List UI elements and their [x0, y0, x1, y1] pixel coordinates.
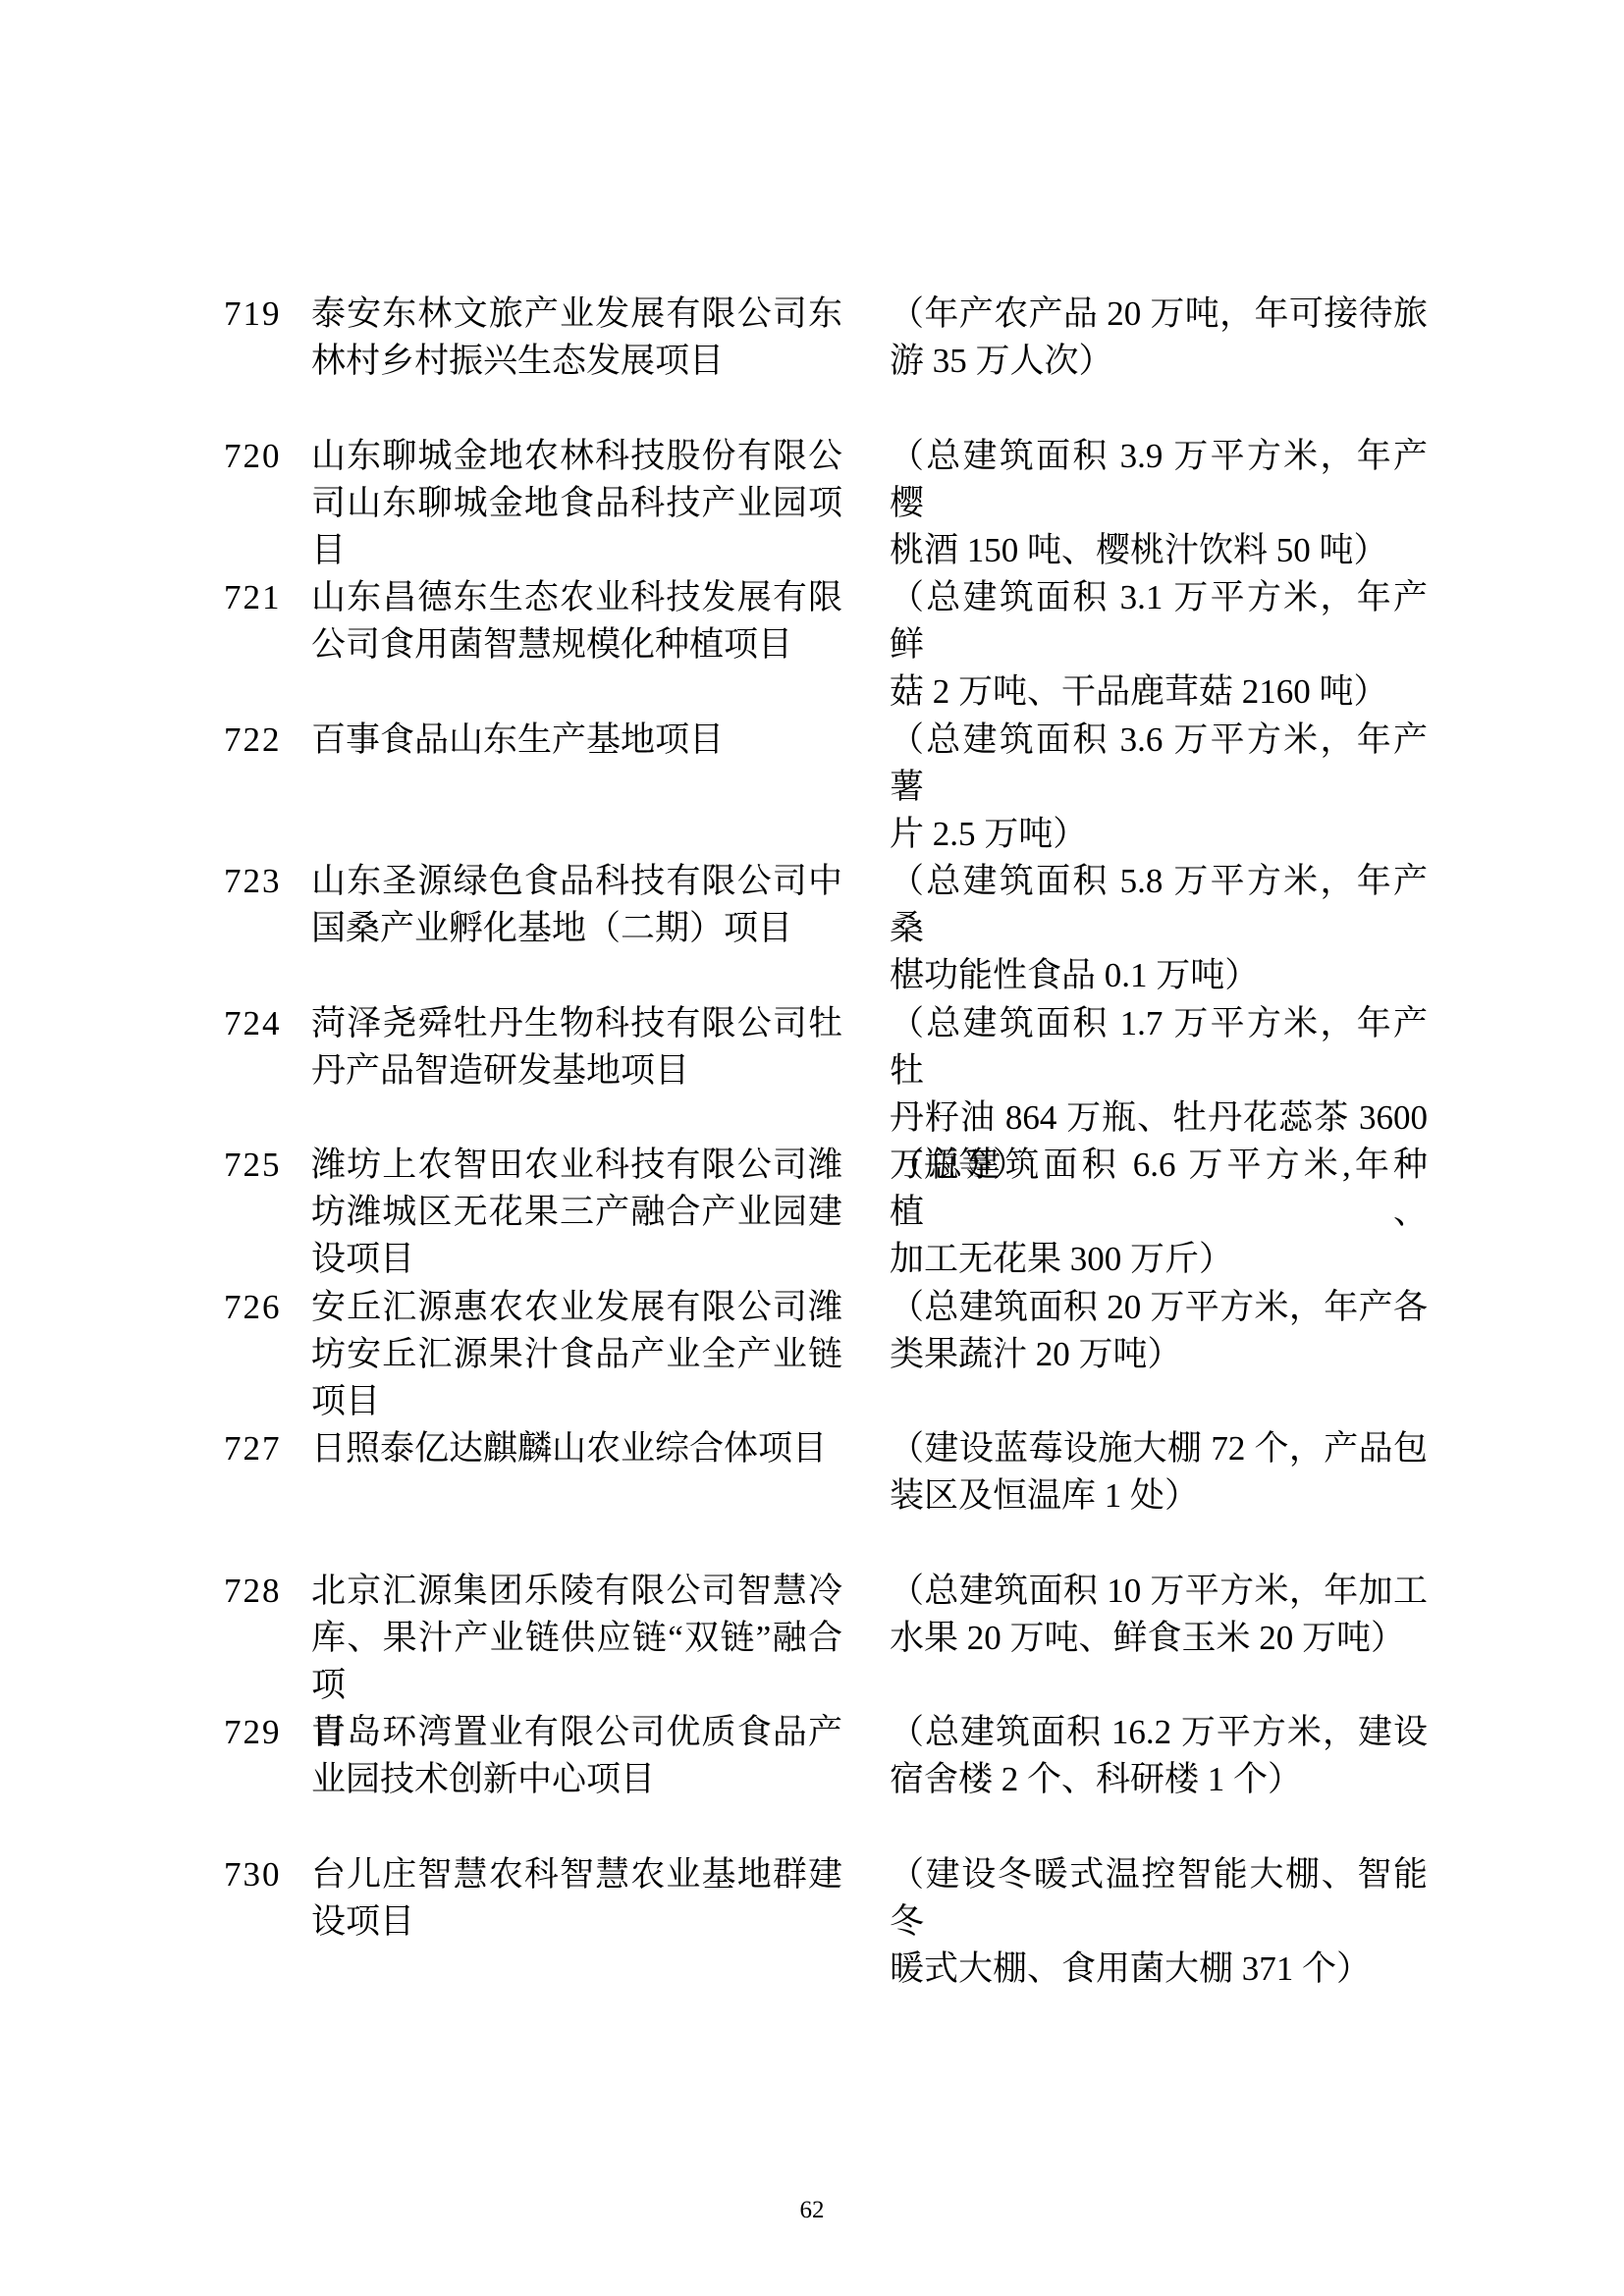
- project-description-line: 类果蔬汁 20 万吨）: [890, 1331, 1428, 1378]
- project-name-line: 山东昌德东生态农业科技发展有限: [311, 574, 842, 621]
- project-description: （总建筑面积 3.6 万平方米，年产薯片 2.5 万吨）: [890, 717, 1428, 859]
- project-description-line: （建设蓝莓设施大棚 72 个，产品包: [890, 1425, 1428, 1472]
- project-description: （总建筑面积 3.9 万平方米，年产樱桃酒 150 吨、樱桃汁饮料 50 吨）: [890, 433, 1428, 575]
- project-name-line: 日照泰亿达麒麟山农业综合体项目: [311, 1425, 842, 1472]
- table-row: 720山东聊城金地农林科技股份有限公司山东聊城金地食品科技产业园项目（总建筑面积…: [0, 433, 1624, 575]
- project-description: （总建筑面积 3.1 万平方米，年产鲜菇 2 万吨、干品鹿茸菇 2160 吨）: [890, 574, 1428, 717]
- project-name-line: 百事食品山东生产基地项目: [311, 717, 842, 764]
- project-name: 台儿庄智慧农科智慧农业基地群建设项目: [311, 1851, 842, 1946]
- project-description: （总建筑面积 16.2 万平方米，建设宿舍楼 2 个、科研楼 1 个）: [890, 1709, 1428, 1803]
- project-description-line: 暖式大棚、食用菌大棚 371 个）: [890, 1946, 1428, 1993]
- project-name-line: 青岛环湾置业有限公司优质食品产: [311, 1709, 842, 1756]
- project-name-line: 北京汇源集团乐陵有限公司智慧冷: [311, 1568, 842, 1615]
- table-row: 722百事食品山东生产基地项目（总建筑面积 3.6 万平方米，年产薯片 2.5 …: [0, 717, 1624, 859]
- project-description-line: （建设冬暖式温控智能大棚、智能冬: [890, 1851, 1428, 1946]
- table-row: 727日照泰亿达麒麟山农业综合体项目（建设蓝莓设施大棚 72 个，产品包装区及恒…: [0, 1425, 1624, 1568]
- row-number: 730: [224, 1851, 311, 1898]
- project-name: 山东聊城金地农林科技股份有限公司山东聊城金地食品科技产业园项目: [311, 433, 842, 575]
- project-description-line: 片 2.5 万吨）: [890, 811, 1428, 858]
- project-description-line: （总建筑面积 20 万平方米，年产各: [890, 1284, 1428, 1331]
- row-number: 724: [224, 1000, 311, 1047]
- project-description-line: 游 35 万人次）: [890, 338, 1428, 385]
- project-name-line: 坊安丘汇源果汁食品产业全产业链: [311, 1331, 842, 1378]
- table-row: 724菏泽尧舜牡丹生物科技有限公司牡丹产品智造研发基地项目（总建筑面积 1.7 …: [0, 1000, 1624, 1143]
- project-description-line: （总建筑面积 3.6 万平方米，年产薯: [890, 717, 1428, 811]
- project-name-line: 安丘汇源惠农农业发展有限公司潍: [311, 1284, 842, 1331]
- table-row: 728北京汇源集团乐陵有限公司智慧冷库、果汁产业链供应链“双链”融合项目（总建筑…: [0, 1568, 1624, 1710]
- project-description-line: 水果 20 万吨、鲜食玉米 20 万吨）: [890, 1615, 1428, 1662]
- project-list: 719泰安东林文旅产业发展有限公司东林村乡村振兴生态发展项目（年产农产品 20 …: [0, 291, 1624, 1993]
- project-name-line: 泰安东林文旅产业发展有限公司东: [311, 291, 842, 338]
- table-row: 719泰安东林文旅产业发展有限公司东林村乡村振兴生态发展项目（年产农产品 20 …: [0, 291, 1624, 433]
- project-name: 泰安东林文旅产业发展有限公司东林村乡村振兴生态发展项目: [311, 291, 842, 385]
- project-description: （总建筑面积 5.8 万平方米，年产桑椹功能性食品 0.1 万吨）: [890, 858, 1428, 1000]
- project-description-line: （总建筑面积 6.6 万平方米,年种植、: [890, 1142, 1428, 1236]
- project-description-line: 加工无花果 300 万斤）: [890, 1236, 1428, 1283]
- table-row: 730台儿庄智慧农科智慧农业基地群建设项目（建设冬暖式温控智能大棚、智能冬暖式大…: [0, 1851, 1624, 1994]
- row-number: 722: [224, 717, 311, 764]
- table-row: 725潍坊上农智田农业科技有限公司潍坊潍城区无花果三产融合产业园建设项目（总建筑…: [0, 1142, 1624, 1284]
- project-name: 山东昌德东生态农业科技发展有限公司食用菌智慧规模化种植项目: [311, 574, 842, 668]
- project-description: （总建筑面积 6.6 万平方米,年种植、加工无花果 300 万斤）: [890, 1142, 1428, 1284]
- project-name: 潍坊上农智田农业科技有限公司潍坊潍城区无花果三产融合产业园建设项目: [311, 1142, 842, 1284]
- row-number: 726: [224, 1284, 311, 1331]
- project-name-line: 丹产品智造研发基地项目: [311, 1047, 842, 1095]
- project-name-line: 菏泽尧舜牡丹生物科技有限公司牡: [311, 1000, 842, 1047]
- project-description-line: （总建筑面积 3.1 万平方米，年产鲜: [890, 574, 1428, 668]
- project-description: （年产农产品 20 万吨，年可接待旅游 35 万人次）: [890, 291, 1428, 385]
- project-description-line: 宿舍楼 2 个、科研楼 1 个）: [890, 1756, 1428, 1803]
- project-name-line: 设项目: [311, 1898, 842, 1946]
- page-number: 62: [0, 2197, 1624, 2224]
- project-name: 菏泽尧舜牡丹生物科技有限公司牡丹产品智造研发基地项目: [311, 1000, 842, 1095]
- project-description-line: 装区及恒温库 1 处）: [890, 1472, 1428, 1520]
- project-name-line: 台儿庄智慧农科智慧农业基地群建: [311, 1851, 842, 1898]
- row-number: 728: [224, 1568, 311, 1615]
- row-number: 720: [224, 433, 311, 480]
- table-row: 729青岛环湾置业有限公司优质食品产业园技术创新中心项目（总建筑面积 16.2 …: [0, 1709, 1624, 1851]
- project-description: （建设冬暖式温控智能大棚、智能冬暖式大棚、食用菌大棚 371 个）: [890, 1851, 1428, 1994]
- table-row: 726安丘汇源惠农农业发展有限公司潍坊安丘汇源果汁食品产业全产业链项目（总建筑面…: [0, 1284, 1624, 1426]
- row-number: 725: [224, 1142, 311, 1189]
- project-name-line: 潍坊上农智田农业科技有限公司潍: [311, 1142, 842, 1189]
- project-name-line: 设项目: [311, 1236, 842, 1283]
- project-name-line: 山东圣源绿色食品科技有限公司中: [311, 858, 842, 905]
- row-number: 723: [224, 858, 311, 905]
- project-name-line: 国桑产业孵化基地（二期）项目: [311, 905, 842, 952]
- project-name: 百事食品山东生产基地项目: [311, 717, 842, 764]
- project-name-line: 司山东聊城金地食品科技产业园项: [311, 480, 842, 527]
- row-number: 721: [224, 574, 311, 621]
- project-description-line: （总建筑面积 16.2 万平方米，建设: [890, 1709, 1428, 1756]
- project-description: （总建筑面积 20 万平方米，年产各类果蔬汁 20 万吨）: [890, 1284, 1428, 1378]
- project-name: 日照泰亿达麒麟山农业综合体项目: [311, 1425, 842, 1472]
- project-description-line: 丹籽油 864 万瓶、牡丹花蕊茶 3600: [890, 1095, 1428, 1142]
- row-number: 727: [224, 1425, 311, 1472]
- project-description-line: （总建筑面积 10 万平方米，年加工: [890, 1568, 1428, 1615]
- project-description: （总建筑面积 10 万平方米，年加工水果 20 万吨、鲜食玉米 20 万吨）: [890, 1568, 1428, 1662]
- project-name-line: 林村乡村振兴生态发展项目: [311, 338, 842, 385]
- project-name-line: 项目: [311, 1378, 842, 1425]
- project-name-line: 坊潍城区无花果三产融合产业园建: [311, 1189, 842, 1236]
- document-page: 719泰安东林文旅产业发展有限公司东林村乡村振兴生态发展项目（年产农产品 20 …: [0, 0, 1624, 2296]
- row-number: 729: [224, 1709, 311, 1756]
- project-name-line: 目: [311, 527, 842, 574]
- row-number: 719: [224, 291, 311, 338]
- project-name: 安丘汇源惠农农业发展有限公司潍坊安丘汇源果汁食品产业全产业链项目: [311, 1284, 842, 1426]
- project-description-line: （总建筑面积 5.8 万平方米，年产桑: [890, 858, 1428, 952]
- table-row: 721山东昌德东生态农业科技发展有限公司食用菌智慧规模化种植项目（总建筑面积 3…: [0, 574, 1624, 717]
- project-name-line: 山东聊城金地农林科技股份有限公: [311, 433, 842, 480]
- project-name: 山东圣源绿色食品科技有限公司中国桑产业孵化基地（二期）项目: [311, 858, 842, 952]
- table-row: 723山东圣源绿色食品科技有限公司中国桑产业孵化基地（二期）项目（总建筑面积 5…: [0, 858, 1624, 1000]
- project-description-line: 菇 2 万吨、干品鹿茸菇 2160 吨）: [890, 668, 1428, 716]
- project-description-line: （总建筑面积 1.7 万平方米，年产牡: [890, 1000, 1428, 1095]
- project-description-line: （总建筑面积 3.9 万平方米，年产樱: [890, 433, 1428, 527]
- project-description: （建设蓝莓设施大棚 72 个，产品包装区及恒温库 1 处）: [890, 1425, 1428, 1520]
- project-name: 青岛环湾置业有限公司优质食品产业园技术创新中心项目: [311, 1709, 842, 1803]
- project-description-line: 椹功能性食品 0.1 万吨）: [890, 952, 1428, 999]
- project-name-line: 业园技术创新中心项目: [311, 1756, 842, 1803]
- project-name-line: 库、果汁产业链供应链“双链”融合项: [311, 1615, 842, 1709]
- project-description-line: 桃酒 150 吨、樱桃汁饮料 50 吨）: [890, 527, 1428, 574]
- project-description-line: （年产农产品 20 万吨，年可接待旅: [890, 291, 1428, 338]
- project-name-line: 公司食用菌智慧规模化种植项目: [311, 621, 842, 668]
